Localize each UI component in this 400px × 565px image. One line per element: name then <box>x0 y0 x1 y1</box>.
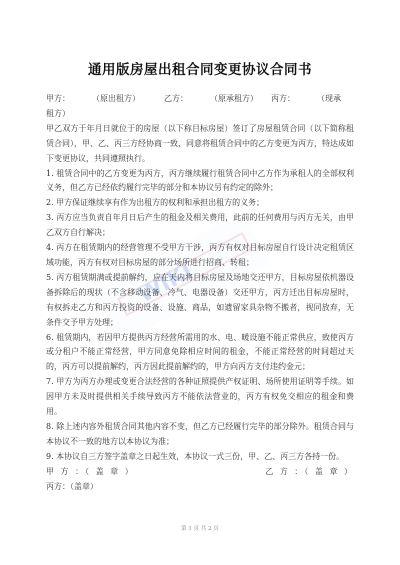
clause-3: 3. 丙方应当负责自年月日后产生的租金及相关费用，此前的任何费用与丙方无关，由甲… <box>46 211 354 241</box>
signature-party-a: 甲 方 ：（ 盖 章 ） <box>46 465 135 480</box>
party-c-value-continuation: 租方） <box>46 107 354 122</box>
clause-7: 7. 甲方为丙方办理或变更合法经营的各种证照提供产权证明、场所使用证明等手续。如… <box>46 375 354 420</box>
clause-2: 2. 甲方保证继续享有作为出租方的权利和承担出租方的义务； <box>46 196 354 211</box>
parties-line: 甲方：（原出租方） 乙方：（原承租方） 丙方：（现承 <box>46 92 354 107</box>
clause-4: 4. 丙方在租赁期内的经营管理不受甲方干涉，丙方有权对目标房屋自行设计决定租赁区… <box>46 241 354 271</box>
clause-5: 5. 丙方租赁期满或提前解约，应在天内将目标房屋及场地交还甲方，目标房屋依机器设… <box>46 271 354 331</box>
party-a: 甲方：（原出租方） <box>46 92 146 107</box>
signature-party-b: 乙 方 ：（ 盖 章 ） <box>265 465 354 480</box>
signature-row-ab: 甲 方 ：（ 盖 章 ） 乙 方 ：（ 盖 章 ） <box>46 465 354 480</box>
clause-1: 1. 租赁合同中的乙方变更为丙方，丙方继续履行租赁合同中乙方作为承租人的全部权利… <box>46 167 354 197</box>
party-c: 丙方：（现承 <box>271 92 354 107</box>
document-page: WIKI 通用版房屋出租合同变更协议合同书 甲方：（原出租方） 乙方：（原承租方… <box>0 0 400 565</box>
document-body: 甲方：（原出租方） 乙方：（原承租方） 丙方：（现承 租方） 甲乙双方于年月日就… <box>46 92 354 494</box>
party-a-label: 甲方： <box>46 94 70 103</box>
party-c-label: 丙方： <box>271 94 295 103</box>
party-b-label: 乙方： <box>164 94 188 103</box>
party-c-value-part1: （现承 <box>317 94 341 103</box>
party-b: 乙方：（原承租方） <box>146 92 271 107</box>
page-footer: 第 1 页 共 2 页 <box>0 524 400 532</box>
clause-6: 6. 租赁期内，若因甲方提供丙方经营所需用的水、电、暖设施不能正常供应，致使丙方… <box>46 331 354 376</box>
signature-party-c: 丙方：（盖章） <box>46 480 354 495</box>
clause-9: 9. 本协议自三方签字盖章之日起生效，本协议一式三份，甲、乙、丙三方各持一份。 <box>46 450 354 465</box>
party-b-value: （原承租方） <box>210 94 258 103</box>
party-a-value: （原出租方） <box>92 94 140 103</box>
intro-paragraph: 甲乙双方于年月日就位于的房屋（以下称目标房屋）签订了房屋租赁合同（以下简称租赁合… <box>46 122 354 167</box>
clause-8: 8. 除上述内容外租赁合同其他内容不变，但乙方已经履行完毕的部分除外。租赁合同与… <box>46 420 354 450</box>
document-title: 通用版房屋出租合同变更协议合同书 <box>0 58 400 78</box>
